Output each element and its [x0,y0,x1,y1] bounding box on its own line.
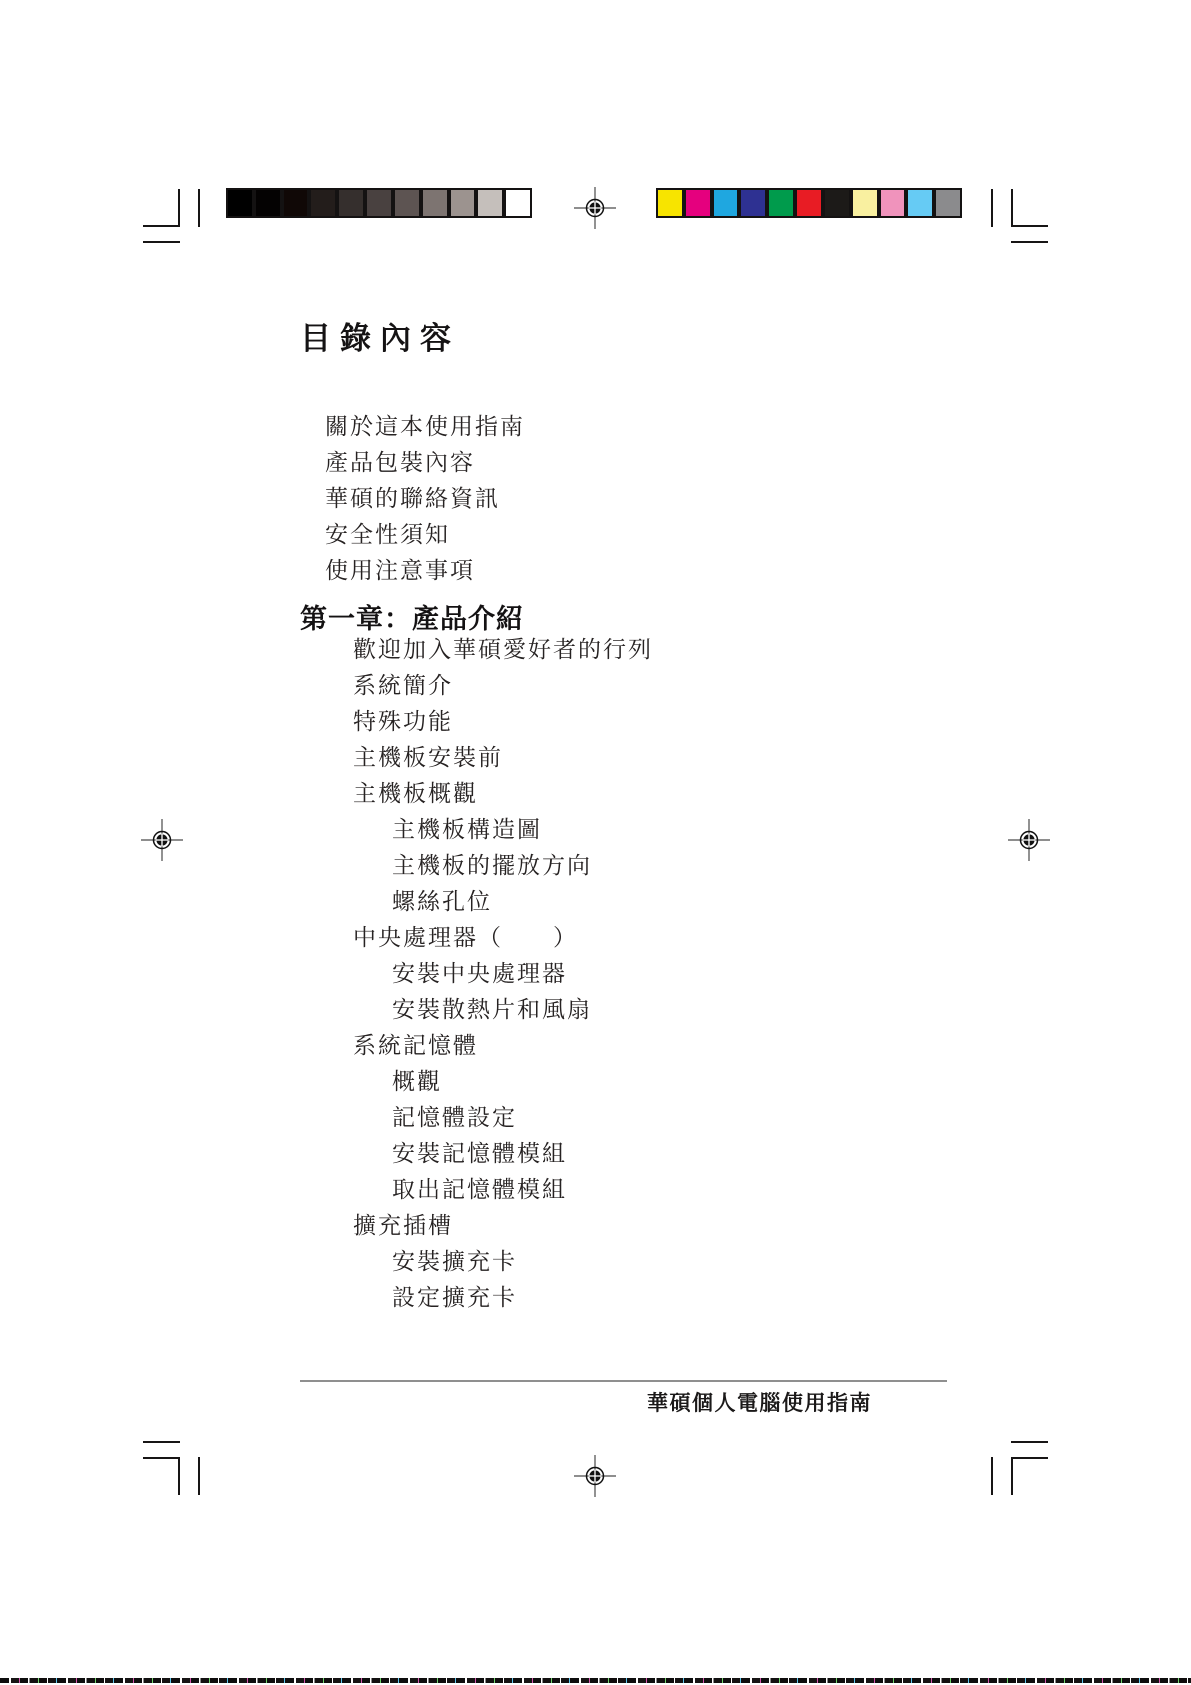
color-bar-segment [741,190,765,216]
crop-mark [143,1457,180,1459]
toc-item: 關於這本使用指南 [325,406,845,442]
grayscale-bar-segment [395,190,419,216]
toc-item: 安裝擴充卡 [0,1241,760,1277]
toc-item: 安裝記憶體模組 [0,1133,760,1169]
registration-target-icon [1007,818,1051,862]
toc-item: 系統記憶體 [0,1025,760,1061]
grayscale-bar-segment [451,190,475,216]
crop-mark [198,1457,200,1495]
toc-item: 主機板安裝前 [0,737,760,773]
color-bar-segment [908,190,932,216]
toc-item: 安裝散熱片和風扇 [0,989,760,1025]
footer-title: 華碩個人電腦使用指南 [647,1387,872,1417]
toc-item: 產品包裝內容 [325,442,845,478]
grayscale-bar-segment [367,190,391,216]
color-bar-segment [797,190,821,216]
toc-item: 華碩的聯絡資訊 [325,478,845,514]
toc-item: 設定擴充卡 [0,1277,760,1313]
toc-item: 主機板概觀 [0,773,760,809]
color-bar-segment [686,190,710,216]
registration-target-icon [573,186,617,230]
toc-item: 系統簡介 [0,665,760,701]
color-bar-segment [936,190,960,216]
crop-mark [143,1441,180,1443]
crop-mark [143,241,180,243]
crop-mark [143,225,180,227]
toc-item: 中央處理器（ ） [0,917,760,953]
color-bar-segment [881,190,905,216]
grayscale-calibration-bar [226,188,532,218]
color-bar-segment [769,190,793,216]
crop-mark [1011,1457,1048,1459]
toc-item: 安裝中央處理器 [0,953,760,989]
color-bar-segment [853,190,877,216]
crop-mark [1011,189,1013,227]
grayscale-bar-segment [506,190,530,216]
footer-rule [300,1380,947,1382]
toc-item: 擴充插槽 [0,1205,760,1241]
crop-mark [178,189,180,227]
crop-mark [991,1457,993,1495]
page-title: 目錄內容 [300,313,460,358]
toc-item: 主機板構造圖 [0,809,760,845]
color-bar-segment [658,190,682,216]
manual-page: 目錄內容 關於這本使用指南產品包裝內容華碩的聯絡資訊安全性須知使用注意事項 第一… [0,0,1191,1685]
crop-mark [1011,1441,1048,1443]
crop-mark [178,1457,180,1495]
toc-item: 取出記憶體模組 [0,1169,760,1205]
color-bar-segment [825,190,849,216]
toc-front-list: 關於這本使用指南產品包裝內容華碩的聯絡資訊安全性須知使用注意事項 [325,406,845,586]
crop-mark [1011,241,1048,243]
color-calibration-bar [656,188,962,218]
toc-item: 安全性須知 [325,514,845,550]
grayscale-bar-segment [228,190,252,216]
grayscale-bar-segment [423,190,447,216]
toc-chapter-list: 歡迎加入華碩愛好者的行列系統簡介特殊功能主機板安裝前主機板概觀主機板構造圖主機板… [0,629,760,1313]
toc-item: 特殊功能 [0,701,760,737]
crop-mark [991,189,993,227]
grayscale-bar-segment [256,190,280,216]
toc-item: 主機板的擺放方向 [0,845,760,881]
color-bar-segment [714,190,738,216]
registration-target-icon [573,1454,617,1498]
toc-item: 使用注意事項 [325,550,845,586]
grayscale-bar-segment [284,190,308,216]
crop-mark [1011,1457,1013,1495]
toc-item: 歡迎加入華碩愛好者的行列 [0,629,760,665]
grayscale-bar-segment [478,190,502,216]
toc-item: 記憶體設定 [0,1097,760,1133]
toc-item: 概觀 [0,1061,760,1097]
toc-item: 螺絲孔位 [0,881,760,917]
crop-mark [198,189,200,227]
grayscale-bar-segment [339,190,363,216]
grayscale-bar-segment [311,190,335,216]
crop-mark [1011,225,1048,227]
film-edge-artifact [0,1678,1191,1683]
